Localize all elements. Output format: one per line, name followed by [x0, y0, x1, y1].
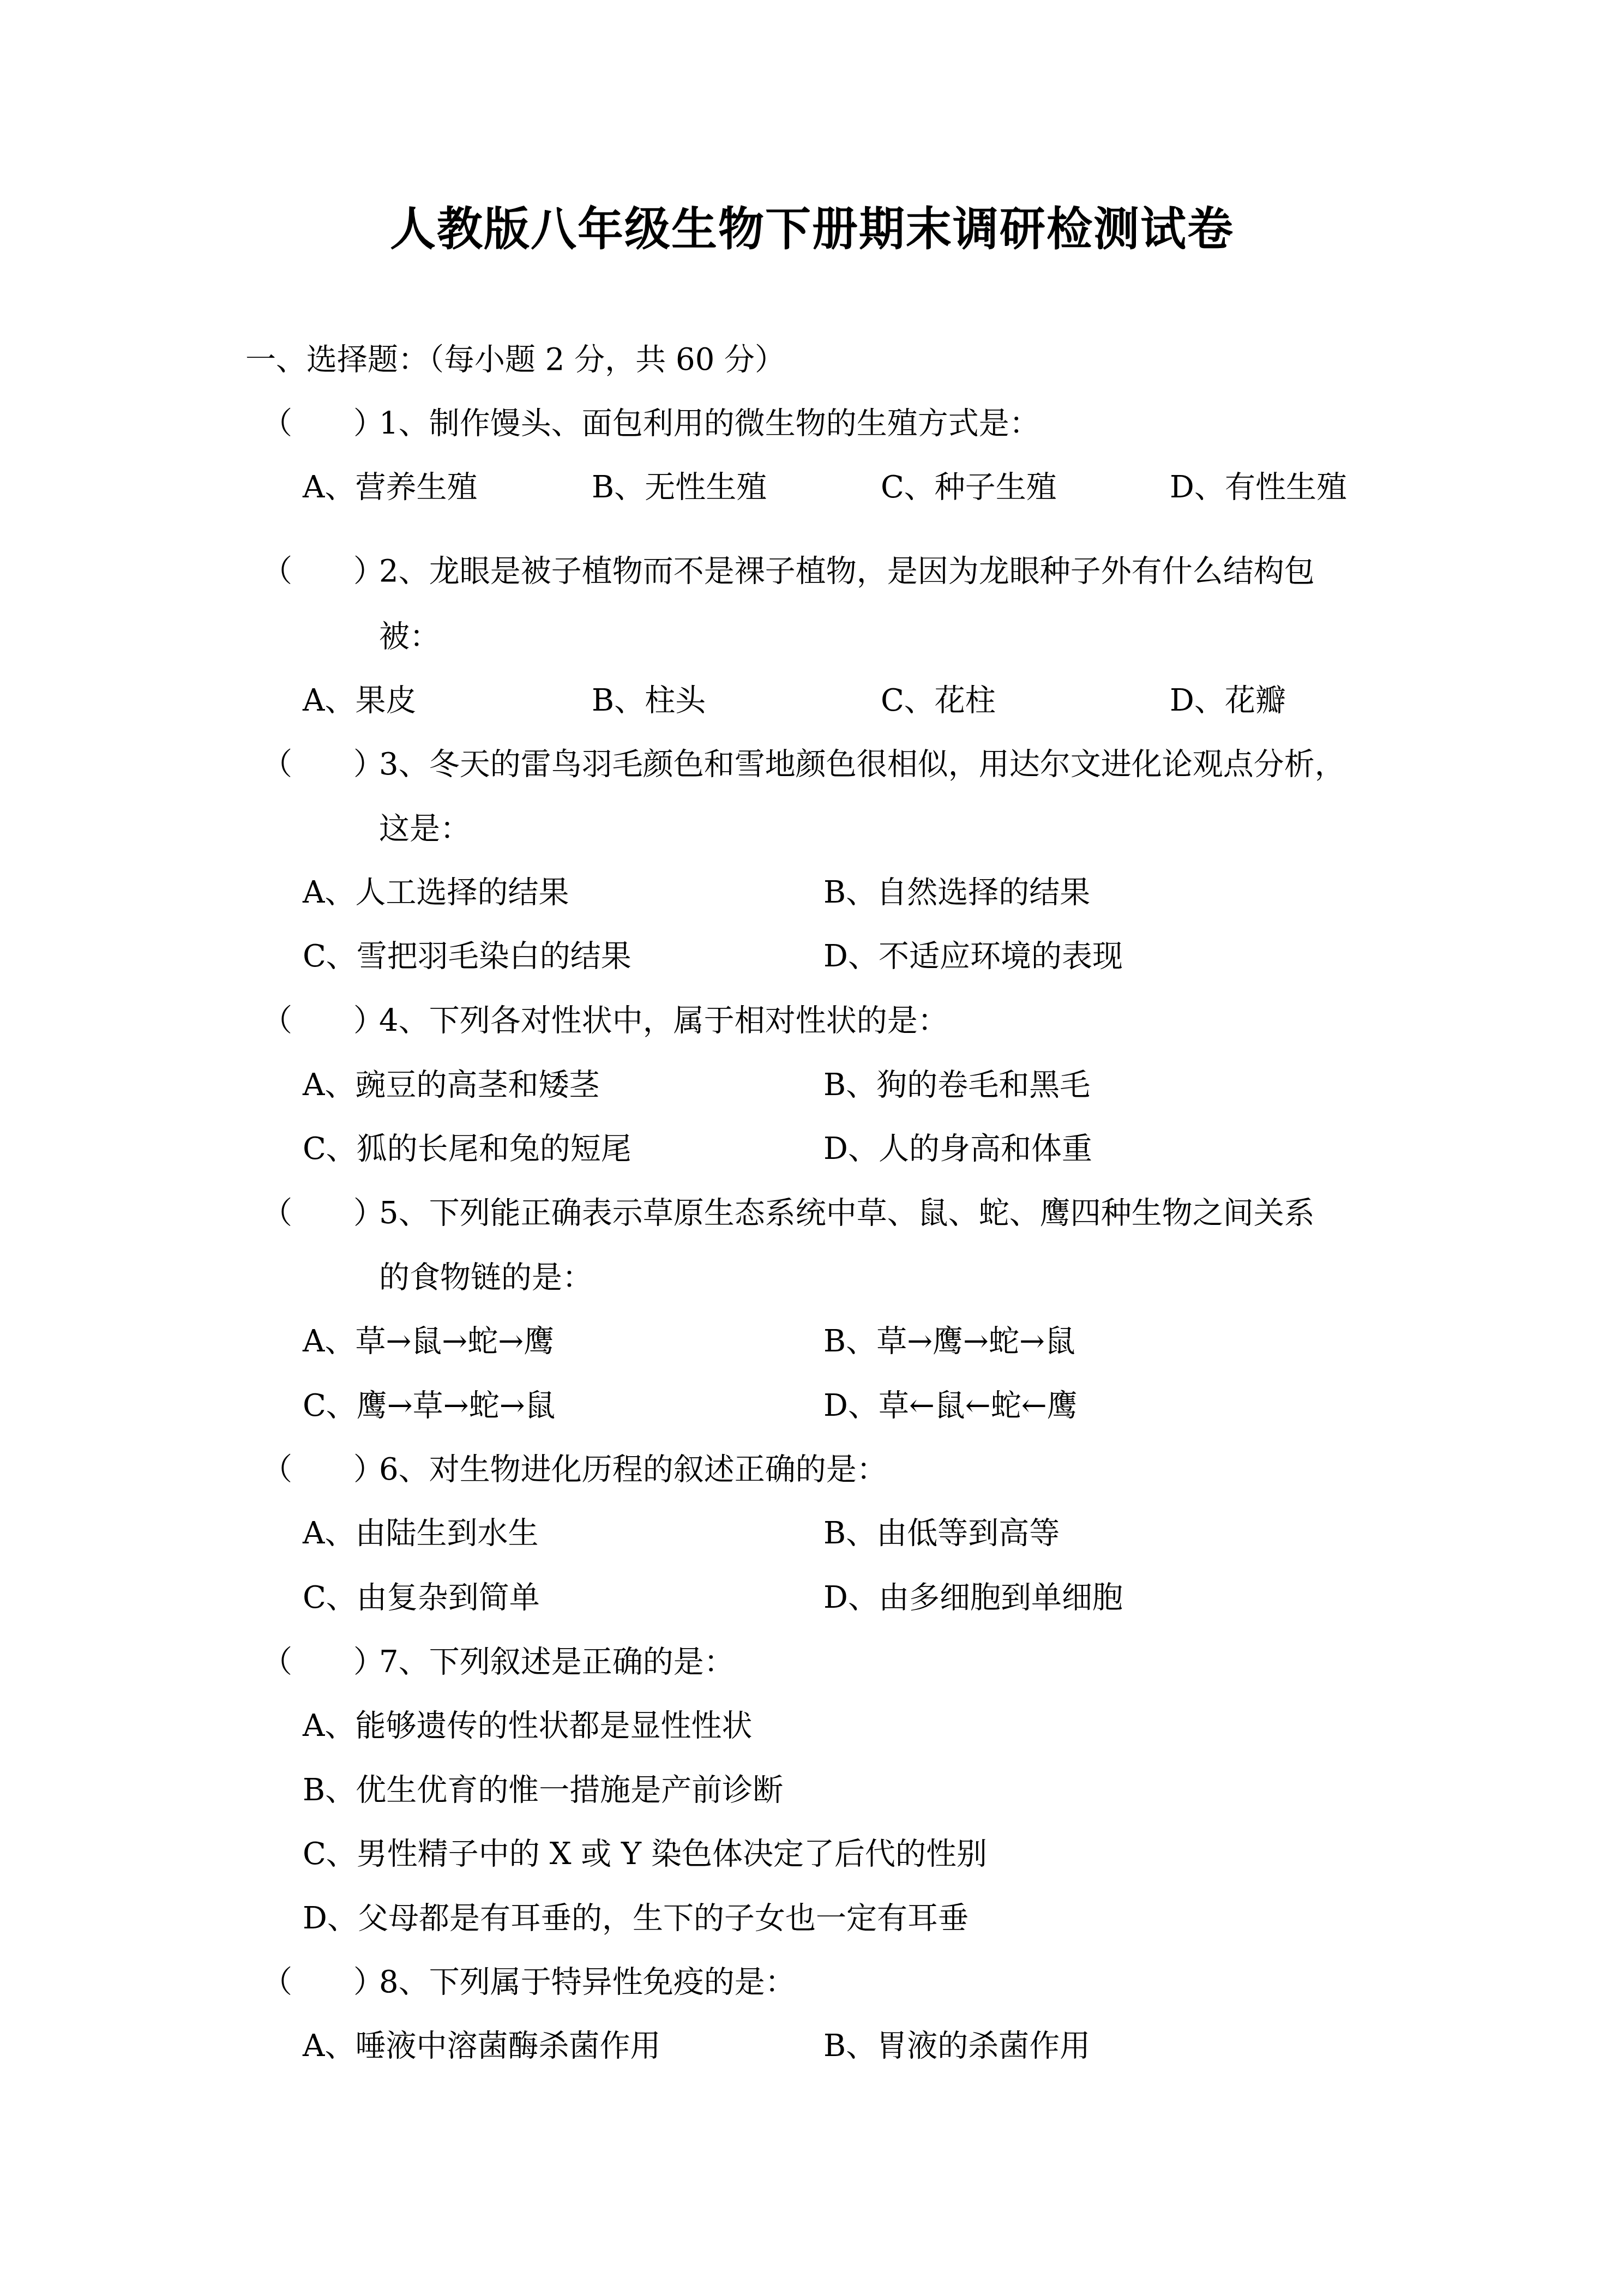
question-3: （ ）3、冬天的雷鸟羽毛颜色和雪地颜色很相似，用达尔文进化论观点分析，: [262, 743, 1345, 786]
option-c: C、种子生殖: [881, 466, 1057, 509]
question-stem-continued: 的食物链的是：: [379, 1256, 593, 1300]
option-d: D、花瓣: [1170, 679, 1286, 723]
answer-bracket[interactable]: （ ）: [262, 999, 379, 1043]
question-stem: 下列叙述是正确的是：: [429, 1644, 735, 1680]
question-stem: 下列属于特异性免疫的是：: [429, 1964, 796, 2000]
question-5: （ ）5、下列能正确表示草原生态系统中草、鼠、蛇、鹰四种生物之间关系: [262, 1192, 1315, 1235]
option-a: A、果皮: [303, 679, 416, 723]
question-6: （ ）6、对生物进化历程的叙述正确的是：: [262, 1448, 887, 1492]
option-c: C、花柱: [881, 679, 996, 723]
question-1: （ ）1、制作馒头、面包利用的微生物的生殖方式是：: [262, 402, 1040, 446]
question-number: 6、: [379, 1452, 429, 1487]
question-stem: 下列各对性状中，属于相对性状的是：: [429, 1003, 948, 1038]
option-c: C、狐的长尾和兔的短尾: [303, 1127, 631, 1171]
question-number: 5、: [379, 1195, 429, 1231]
option-d: D、父母都是有耳垂的，生下的子女也一定有耳垂: [303, 1897, 969, 1940]
option-d: D、草←鼠←蛇←鹰: [823, 1384, 1078, 1428]
answer-bracket[interactable]: （ ）: [262, 1640, 379, 1684]
question-number: 3、: [379, 747, 429, 782]
exam-page: 人教版八年级生物下册期末调研检测试卷 一、选择题：（每小题 2 分，共 60 分…: [0, 0, 1624, 2296]
option-b: B、由低等到高等: [823, 1512, 1060, 1555]
option-b: B、草→鹰→蛇→鼠: [823, 1320, 1075, 1363]
question-number: 7、: [379, 1644, 429, 1680]
option-a: A、豌豆的高茎和矮茎: [303, 1063, 599, 1107]
answer-bracket[interactable]: （ ）: [262, 1192, 379, 1235]
option-a: A、能够遗传的性状都是显性性状: [303, 1704, 752, 1748]
question-number: 4、: [379, 1003, 429, 1038]
option-a: A、人工选择的结果: [303, 871, 569, 915]
option-d: D、由多细胞到单细胞: [823, 1576, 1123, 1620]
question-stem-continued: 被：: [379, 615, 440, 659]
page-title: 人教版八年级生物下册期末调研检测试卷: [0, 196, 1624, 262]
option-b: B、柱头: [592, 679, 706, 723]
option-b: B、狗的卷毛和黑毛: [823, 1063, 1090, 1107]
option-d: D、人的身高和体重: [823, 1127, 1092, 1171]
question-2: （ ）2、龙眼是被子植物而不是裸子植物，是因为龙眼种子外有什么结构包: [262, 550, 1315, 593]
question-8: （ ）8、下列属于特异性免疫的是：: [262, 1961, 796, 2004]
option-d: D、有性生殖: [1170, 466, 1347, 509]
question-number: 8、: [379, 1964, 429, 2000]
question-stem: 冬天的雷鸟羽毛颜色和雪地颜色很相似，用达尔文进化论观点分析，: [429, 747, 1345, 782]
question-number: 1、: [379, 406, 429, 441]
question-stem-continued: 这是：: [379, 807, 471, 851]
answer-bracket[interactable]: （ ）: [262, 402, 379, 446]
answer-bracket[interactable]: （ ）: [262, 1961, 379, 2004]
answer-bracket[interactable]: （ ）: [262, 743, 379, 786]
question-4: （ ）4、下列各对性状中，属于相对性状的是：: [262, 999, 948, 1043]
option-c: C、由复杂到简单: [303, 1576, 540, 1620]
question-stem: 制作馒头、面包利用的微生物的生殖方式是：: [429, 406, 1040, 441]
question-7: （ ）7、下列叙述是正确的是：: [262, 1640, 735, 1684]
option-b: B、自然选择的结果: [823, 871, 1090, 915]
question-stem: 下列能正确表示草原生态系统中草、鼠、蛇、鹰四种生物之间关系: [429, 1195, 1315, 1231]
section-heading: 一、选择题：（每小题 2 分，共 60 分）: [245, 338, 785, 382]
option-d: D、不适应环境的表现: [823, 935, 1123, 978]
option-b: B、胃液的杀菌作用: [823, 2024, 1090, 2068]
option-c: C、男性精子中的 X 或 Y 染色体决定了后代的性别: [303, 1832, 987, 1876]
option-a: A、唾液中溶菌酶杀菌作用: [303, 2024, 660, 2068]
answer-bracket[interactable]: （ ）: [262, 550, 379, 593]
option-a: A、营养生殖: [303, 466, 477, 509]
option-c: C、雪把羽毛染白的结果: [303, 935, 631, 978]
question-stem: 对生物进化历程的叙述正确的是：: [429, 1452, 887, 1487]
question-stem: 龙眼是被子植物而不是裸子植物，是因为龙眼种子外有什么结构包: [429, 554, 1315, 589]
option-c: C、鹰→草→蛇→鼠: [303, 1384, 556, 1428]
question-number: 2、: [379, 554, 429, 589]
answer-bracket[interactable]: （ ）: [262, 1448, 379, 1492]
option-a: A、草→鼠→蛇→鹰: [303, 1320, 554, 1363]
option-b: B、无性生殖: [592, 466, 767, 509]
option-b: B、优生优育的惟一措施是产前诊断: [303, 1769, 783, 1812]
option-a: A、由陆生到水生: [303, 1512, 538, 1555]
